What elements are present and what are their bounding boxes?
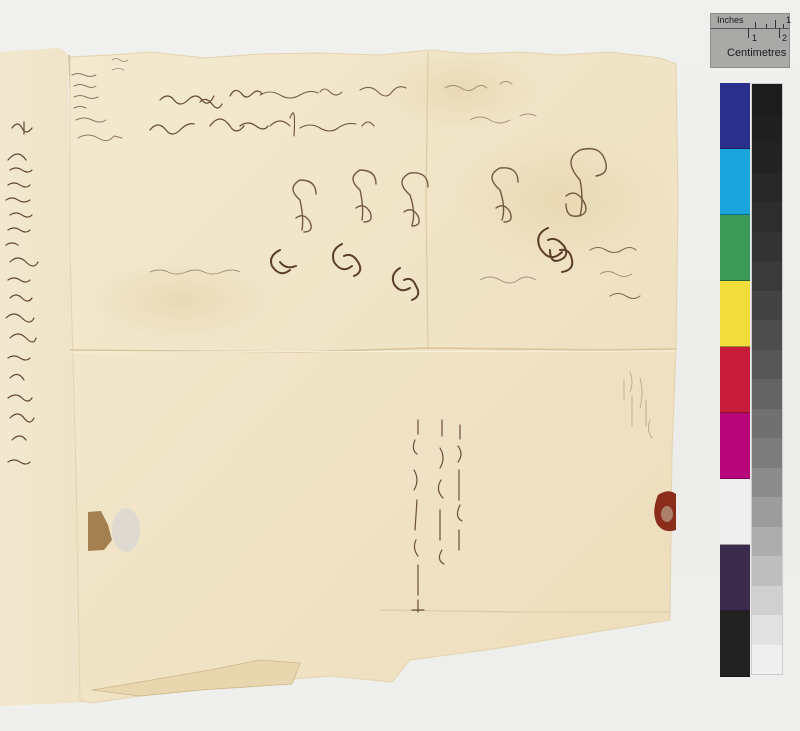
grey-step-14 (752, 468, 782, 498)
grey-step-9 (752, 320, 782, 350)
inch-ruler: Inches 1 (711, 14, 789, 29)
centimetres-label: Centimetres (727, 47, 786, 59)
swatch-red (720, 347, 750, 413)
swatch-magenta (720, 413, 750, 479)
grey-step-13 (752, 438, 782, 468)
grey-step-7 (752, 261, 782, 291)
ruler-tick (775, 20, 776, 28)
cm-tick (748, 28, 749, 38)
grey-step-20 (752, 645, 782, 675)
grey-step-16 (752, 527, 782, 557)
grey-step-4 (752, 173, 782, 203)
cm-tick-label-2: 2 (782, 33, 787, 43)
color-swatch-strip (720, 83, 750, 677)
cm-tick-label-1: 1 (752, 33, 757, 43)
manuscript-illustration (0, 0, 800, 731)
swatch-black (720, 611, 750, 677)
swatch-cyan (720, 149, 750, 215)
grey-step-18 (752, 586, 782, 616)
swatch-purple-dark (720, 545, 750, 611)
ruler-tick (755, 22, 756, 28)
grey-step-17 (752, 556, 782, 586)
cm-tick (779, 28, 780, 38)
measurement-scale: Inches 1 1 2 Centimetres (710, 13, 790, 68)
main-sheet (70, 50, 678, 703)
grey-step-2 (752, 114, 782, 144)
grey-step-6 (752, 232, 782, 262)
greyscale-strip (751, 83, 783, 675)
swatch-blue (720, 83, 750, 149)
grey-step-19 (752, 615, 782, 645)
grey-step-8 (752, 291, 782, 321)
grey-step-5 (752, 202, 782, 232)
inches-label: Inches (717, 15, 744, 25)
ruler-tick (766, 24, 767, 28)
swatch-white (720, 479, 750, 545)
grey-step-12 (752, 409, 782, 439)
grey-step-3 (752, 143, 782, 173)
inch-tick-label: 1 (786, 15, 791, 25)
swatch-yellow (720, 281, 750, 347)
swatch-green (720, 215, 750, 281)
ruler-tick (783, 24, 784, 28)
grey-step-1 (752, 84, 782, 114)
grey-step-15 (752, 497, 782, 527)
grey-step-11 (752, 379, 782, 409)
manuscript-photo (0, 0, 800, 731)
grey-step-10 (752, 350, 782, 380)
